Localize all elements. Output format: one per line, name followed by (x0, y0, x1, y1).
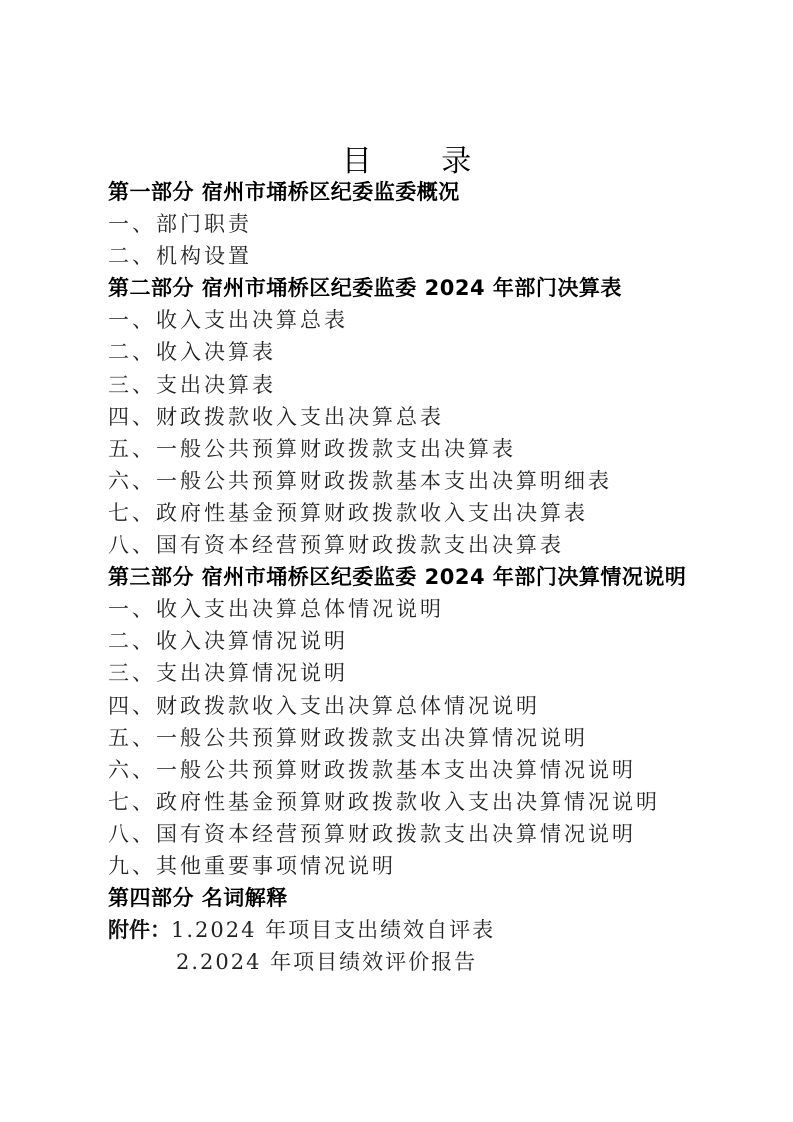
toc-item: 二、收入决算表 (108, 336, 686, 368)
toc-item: 六、一般公共预算财政拨款基本支出决算情况说明 (108, 754, 686, 786)
page-title: 目 录 (0, 136, 793, 180)
toc-item: 八、国有资本经营预算财政拨款支出决算表 (108, 529, 686, 561)
toc-item: 五、一般公共预算财政拨款支出决算情况说明 (108, 722, 686, 754)
toc-part-2: 第二部分 宿州市埇桥区纪委监委 2024 年部门决算表 (108, 272, 686, 304)
toc-part-3: 第三部分 宿州市埇桥区纪委监委 2024 年部门决算情况说明 (108, 561, 686, 593)
toc-item: 一、收入支出决算总体情况说明 (108, 593, 686, 625)
toc-item: 八、国有资本经营预算财政拨款支出决算情况说明 (108, 818, 686, 850)
toc-item: 一、收入支出决算总表 (108, 304, 686, 336)
toc-item: 三、支出决算表 (108, 369, 686, 401)
toc-item: 二、收入决算情况说明 (108, 625, 686, 657)
toc-item: 九、其他重要事项情况说明 (108, 850, 686, 882)
toc-item: 四、财政拨款收入支出决算总表 (108, 401, 686, 433)
toc-item: 四、财政拨款收入支出决算总体情况说明 (108, 690, 686, 722)
toc-item: 二、机构设置 (108, 240, 686, 272)
attachment-item: 1.2024 年项目支出绩效自评表 (171, 918, 495, 942)
attachments-label: 附件： (108, 918, 171, 942)
toc-item: 三、支出决算情况说明 (108, 657, 686, 689)
table-of-contents: 第一部分 宿州市埇桥区纪委监委概况 一、部门职责 二、机构设置 第二部分 宿州市… (108, 176, 686, 978)
toc-item: 五、一般公共预算财政拨款支出决算表 (108, 433, 686, 465)
toc-item: 七、政府性基金预算财政拨款收入支出决算情况说明 (108, 786, 686, 818)
attachment-item: 2.2024 年项目绩效评价报告 (108, 946, 686, 978)
toc-item: 六、一般公共预算财政拨款基本支出决算明细表 (108, 465, 686, 497)
toc-item: 一、部门职责 (108, 208, 686, 240)
toc-part-4: 第四部分 名词解释 (108, 882, 686, 914)
toc-item: 七、政府性基金预算财政拨款收入支出决算表 (108, 497, 686, 529)
attachments: 附件：1.2024 年项目支出绩效自评表 (108, 914, 686, 946)
toc-part-1: 第一部分 宿州市埇桥区纪委监委概况 (108, 176, 686, 208)
